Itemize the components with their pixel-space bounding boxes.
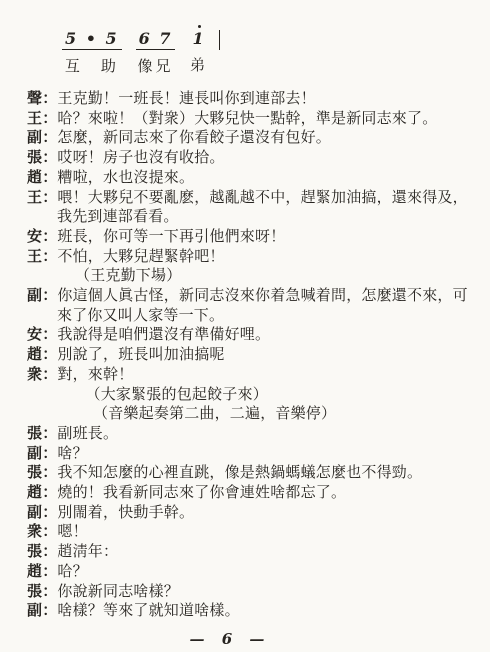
dialogue-line: 副：你這個人眞古怪，新同志沒來你着急喊着問，怎麼還不來，可來了你又叫人家等一下。 — [27, 286, 472, 325]
speaker-label: 張： — [27, 424, 57, 442]
dialogue-text: 趙淸年： — [57, 542, 118, 560]
dialogue-text: 對，來幹！ — [57, 365, 133, 383]
jianpu-note: 5 • 5 — [62, 30, 122, 50]
jianpu-note: 6 7 — [136, 30, 176, 50]
dialogue-text: 哈？ — [57, 562, 87, 580]
speaker-label: 聲： — [27, 89, 57, 107]
speaker-label: 趙： — [27, 483, 57, 501]
dialogue-text: 我說得是咱們還沒有準備好哩。 — [57, 325, 270, 343]
dialogue-line: 副：別閙着，快動手幹。 — [27, 503, 472, 523]
dialogue-line: 趙：哈？ — [27, 562, 472, 582]
dialogue-text: 你這個人眞古怪，新同志沒來你着急喊着問，怎麼還不來，可來了你又叫人家等一下。 — [57, 286, 468, 324]
speaker-label: 副： — [27, 503, 57, 521]
dialogue-text: 我不知怎麼的心裡直跳，像是熱鍋螞蟻怎麼也不得勁。 — [57, 463, 422, 481]
dialogue-text: 哎呀！房子也沒有收拾。 — [57, 148, 224, 166]
barline-icon — [219, 30, 220, 50]
dialogue-block: 聲：王克勤！一班長！連長叫你到連部去！王：哈？來啦！（對衆）大夥兒快一點幹，準是… — [27, 89, 472, 621]
stage-direction: （音樂起奏第二曲，二遍，音樂停） — [27, 404, 472, 424]
dialogue-line: 副：怎麼，新同志來了你看餃子還沒有包好。 — [27, 128, 472, 148]
speaker-label: 張： — [27, 148, 57, 166]
dialogue-line: 張：副班長。 — [27, 424, 472, 444]
dialogue-text: 糟啦，水也沒提來。 — [57, 168, 194, 186]
dialogue-text: 燒的！我看新同志來了你會連姓啥都忘了。 — [57, 483, 346, 501]
speaker-label: 張： — [27, 582, 57, 600]
speaker-label: 安： — [27, 325, 57, 343]
dialogue-text: 別閙着，快動手幹。 — [57, 503, 194, 521]
dialogue-text: 王克勤！一班長！連長叫你到連部去！ — [57, 89, 315, 107]
lyric-text: 互 助 — [65, 55, 119, 76]
dialogue-text: 別說了，班長叫加油搞呢 — [57, 345, 224, 363]
speaker-label: 張： — [27, 463, 57, 481]
dialogue-text: 啥樣？等來了就知道啥樣。 — [57, 601, 239, 619]
dialogue-line: 王：哈？來啦！（對衆）大夥兒快一點幹，準是新同志來了。 — [27, 109, 472, 129]
octave-dot-icon — [198, 25, 201, 28]
dialogue-text: 你說新同志啥樣？ — [57, 582, 179, 600]
dialogue-line: 衆：嗯！ — [27, 522, 472, 542]
speaker-label: 趙： — [27, 345, 57, 363]
music-group: 1弟 — [189, 30, 208, 75]
dialogue-line: 衆：對，來幹！ — [27, 365, 472, 385]
dialogue-text: 哈？來啦！（對衆）大夥兒快一點幹，準是新同志來了。 — [57, 109, 437, 127]
music-group: 5 • 5互 助 — [62, 30, 122, 76]
speaker-label: 王： — [27, 188, 57, 206]
jianpu-note: 1 — [189, 30, 208, 49]
music-group: 6 7像兄 — [136, 30, 176, 76]
speaker-label: 衆： — [27, 365, 57, 383]
dialogue-line: 副：啥樣？等來了就知道啥樣。 — [27, 601, 472, 621]
dialogue-text: 怎麼，新同志來了你看餃子還沒有包好。 — [57, 128, 331, 146]
script-page: 5 • 5互 助6 7像兄1弟 聲：王克勤！一班長！連長叫你到連部去！王：哈？來… — [0, 0, 490, 652]
speaker-label: 副： — [27, 128, 57, 146]
dialogue-line: 王：不怕，大夥兒趕緊幹吧！ — [27, 247, 472, 267]
music-notation: 5 • 5互 助6 7像兄1弟 — [62, 30, 490, 76]
dialogue-line: 聲：王克勤！一班長！連長叫你到連部去！ — [27, 89, 472, 109]
dialogue-line: 趙：別說了，班長叫加油搞呢 — [27, 345, 472, 365]
dialogue-text: 喂！大夥兒不要亂麽，越亂越不中，趕緊加油搞，還來得及，我先到連部看看。 — [57, 188, 468, 226]
stage-direction: （王克勤下場） — [27, 266, 472, 286]
dialogue-line: 王：喂！大夥兒不要亂麽，越亂越不中，趕緊加油搞，還來得及，我先到連部看看。 — [27, 188, 472, 227]
speaker-label: 王： — [27, 247, 57, 265]
dialogue-line: 安：班長，你可等一下再引他們來呀！ — [27, 227, 472, 247]
speaker-label: 王： — [27, 109, 57, 127]
speaker-label: 安： — [27, 227, 57, 245]
dialogue-line: 張：你說新同志啥樣？ — [27, 582, 472, 602]
dialogue-line: 趙：糟啦，水也沒提來。 — [27, 168, 472, 188]
speaker-label: 趙： — [27, 562, 57, 580]
speaker-label: 副： — [27, 601, 57, 619]
speaker-label: 副： — [27, 286, 57, 304]
dialogue-line: 安：我說得是咱們還沒有準備好哩。 — [27, 325, 472, 345]
lyric-text: 像兄 — [138, 55, 174, 76]
dialogue-text: 嗯！ — [57, 522, 87, 540]
speaker-label: 趙： — [27, 168, 57, 186]
dialogue-line: 趙：燒的！我看新同志來了你會連姓啥都忘了。 — [27, 483, 472, 503]
speaker-label: 副： — [27, 444, 57, 462]
dialogue-text: 啥？ — [57, 444, 87, 462]
dialogue-line: 張：我不知怎麼的心裡直跳，像是熱鍋螞蟻怎麼也不得勁。 — [27, 463, 472, 483]
speaker-label: 衆： — [27, 522, 57, 540]
lyric-text: 弟 — [190, 54, 208, 75]
dialogue-text: 副班長。 — [57, 424, 118, 442]
dialogue-text: 班長，你可等一下再引他們來呀！ — [57, 227, 285, 245]
dialogue-line: 副：啥？ — [27, 444, 472, 464]
dialogue-text: 不怕，大夥兒趕緊幹吧！ — [57, 247, 224, 265]
dialogue-line: 張：哎呀！房子也沒有收拾。 — [27, 148, 472, 168]
page-number: — 6 — — [0, 630, 490, 648]
stage-direction: （大家緊張的包起餃子來） — [27, 385, 472, 405]
dialogue-line: 張：趙淸年： — [27, 542, 472, 562]
speaker-label: 張： — [27, 542, 57, 560]
